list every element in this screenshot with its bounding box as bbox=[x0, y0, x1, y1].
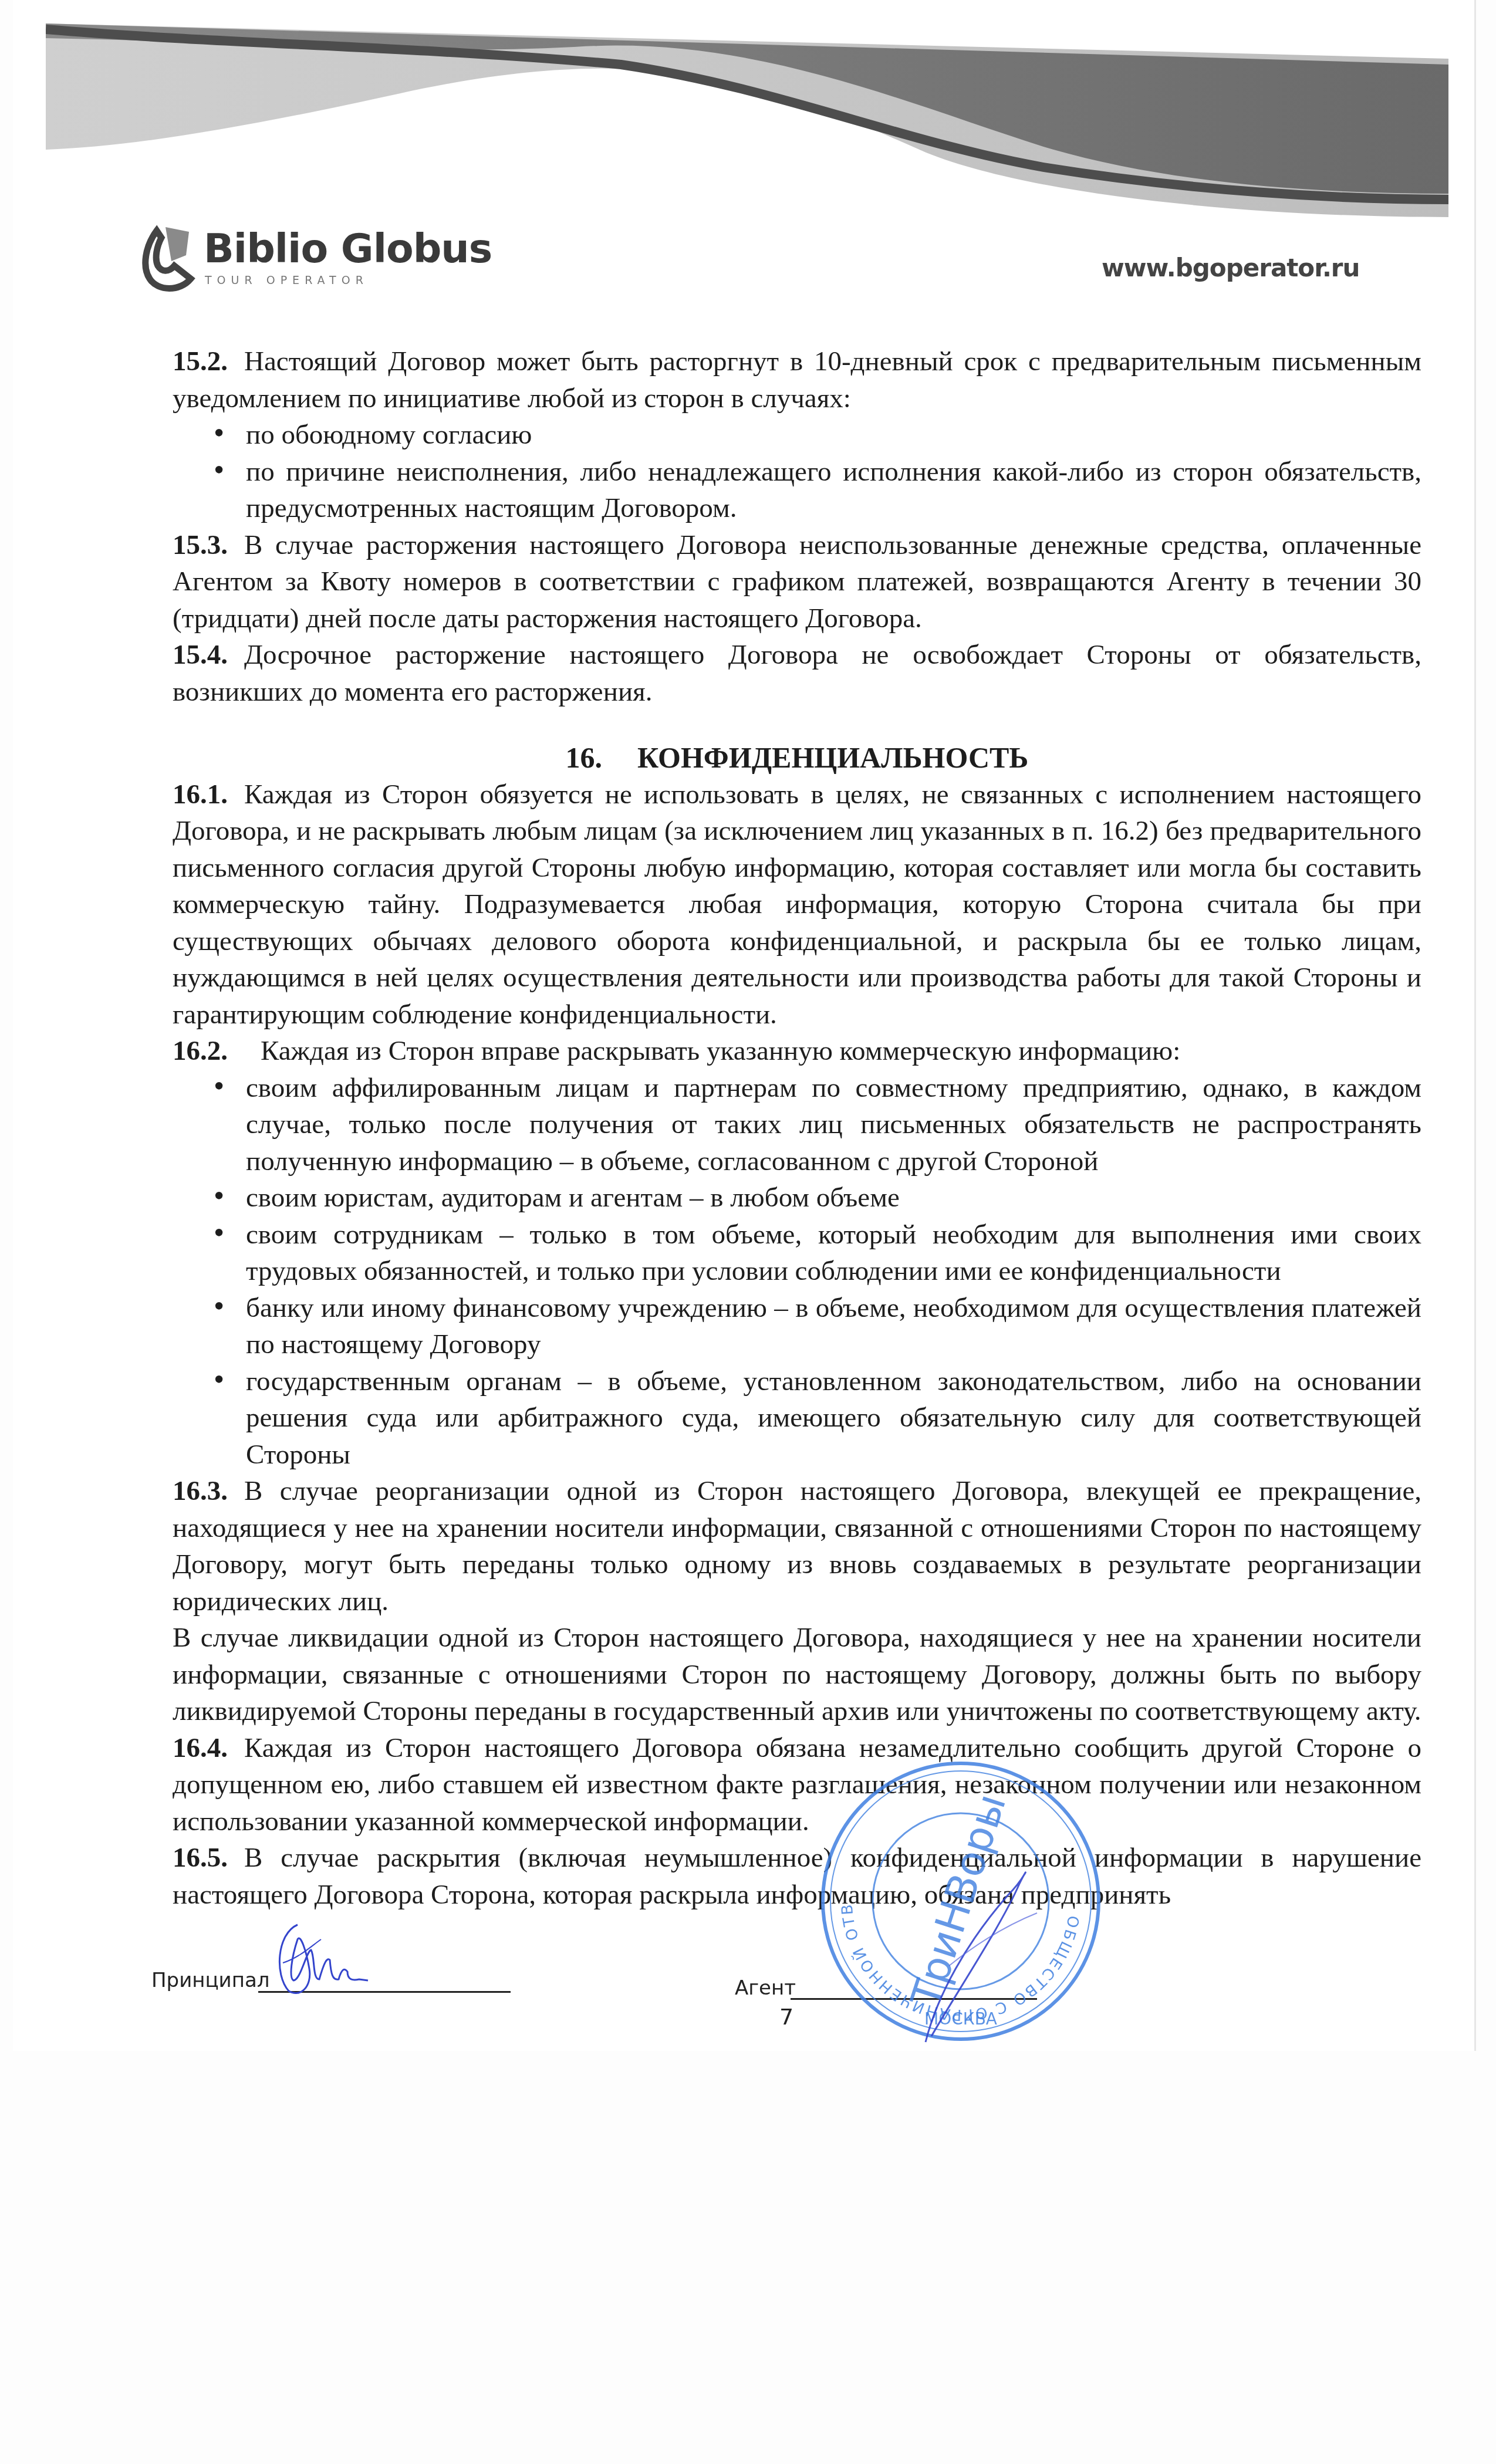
clause-number: 16.3. bbox=[173, 1473, 228, 1510]
clause-number: 15.3. bbox=[173, 527, 228, 564]
brand-name: Biblio Globus bbox=[204, 226, 492, 272]
clause-number: 15.4. bbox=[173, 637, 228, 674]
clause-text: Каждая из Сторон настоящего Договора обя… bbox=[173, 1733, 1421, 1837]
clause-number: 16.1. bbox=[173, 776, 228, 813]
clause-number: 15.2. bbox=[173, 343, 228, 380]
stamp-center-text: ТриНВоры bbox=[901, 1788, 1015, 2013]
clause-16-5: 16.5.В случае раскрытия (включая неумышл… bbox=[173, 1840, 1421, 1913]
section-number: 16. bbox=[566, 741, 603, 774]
list-item: своим аффилированным лицам и партнерам п… bbox=[173, 1070, 1421, 1180]
clause-text: Досрочное расторжение настоящего Договор… bbox=[173, 640, 1421, 707]
list-item: по причине неисполнения, либо ненадлежащ… bbox=[173, 454, 1421, 527]
clause-16-3-continued: В случае ликвидации одной из Сторон наст… bbox=[173, 1620, 1421, 1730]
page-number: 7 bbox=[779, 2004, 793, 2030]
biblio-globus-logo-icon bbox=[139, 220, 198, 296]
clause-15-2: 15.2.Настоящий Договор может быть растор… bbox=[173, 343, 1421, 417]
list-item: государственным органам – в объеме, уста… bbox=[173, 1363, 1421, 1473]
list-item: банку или иному финансовому учреждению –… bbox=[173, 1290, 1421, 1363]
clause-number: 16.5. bbox=[173, 1840, 228, 1877]
clause-15-2-list: по обоюдному согласию по причине неиспол… bbox=[173, 417, 1421, 527]
section-heading-16: 16.КОНФИДЕНЦИАЛЬНОСТЬ bbox=[173, 739, 1421, 776]
website-url[interactable]: www.bgoperator.ru bbox=[1102, 254, 1359, 282]
clause-text: Настоящий Договор может быть расторгнут … bbox=[173, 346, 1421, 414]
contract-body: 15.2.Настоящий Договор может быть растор… bbox=[173, 343, 1421, 1913]
list-item: своим сотрудникам – только в том объеме,… bbox=[173, 1216, 1421, 1290]
clause-16-1: 16.1.Каждая из Сторон обязуется не испол… bbox=[173, 776, 1421, 1033]
clause-number: 16.4. bbox=[173, 1730, 228, 1767]
list-item: своим юристам, аудиторам и агентам – в л… bbox=[173, 1179, 1421, 1216]
clause-number: 16.2. bbox=[173, 1033, 261, 1070]
clause-15-4: 15.4.Досрочное расторжение настоящего До… bbox=[173, 637, 1421, 710]
clause-16-2-list: своим аффилированным лицам и партнерам п… bbox=[173, 1070, 1421, 1473]
clause-15-3: 15.3.В случае расторжения настоящего Дог… bbox=[173, 527, 1421, 637]
scanned-page: Biblio Globus TOUR OPERATOR www.bgoperat… bbox=[13, 0, 1476, 2051]
section-title: КОНФИДЕНЦИАЛЬНОСТЬ bbox=[637, 741, 1028, 774]
list-item: по обоюдному согласию bbox=[173, 417, 1421, 454]
clause-16-3: 16.3.В случае реорганизации одной из Сто… bbox=[173, 1473, 1421, 1620]
clause-text: Каждая из Сторон вправе раскрывать указа… bbox=[261, 1036, 1180, 1066]
principal-label: Принципал bbox=[151, 1969, 270, 1992]
brand-tagline: TOUR OPERATOR bbox=[205, 274, 369, 287]
clause-text: В случае расторжения настоящего Договора… bbox=[173, 530, 1421, 634]
clause-16-4: 16.4.Каждая из Сторон настоящего Договор… bbox=[173, 1730, 1421, 1840]
brand-logo: Biblio Globus TOUR OPERATOR bbox=[139, 226, 468, 296]
header-wave-banner bbox=[46, 23, 1448, 217]
company-stamp-icon: ОБЩЕСТВО С ОГРАНИЧЕННОЙ ОТВЕТСТВЕННОСТЬЮ… bbox=[814, 1749, 1107, 2054]
principal-signature-icon bbox=[265, 1922, 377, 1998]
clause-16-2: 16.2.Каждая из Сторон вправе раскрывать … bbox=[173, 1033, 1421, 1070]
clause-text: В случае раскрытия (включая неумышленное… bbox=[173, 1843, 1421, 1910]
clause-text: В случае реорганизации одной из Сторон н… bbox=[173, 1476, 1421, 1617]
clause-text: Каждая из Сторон обязуется не использова… bbox=[173, 779, 1421, 1030]
agent-label: Агент bbox=[735, 1976, 796, 2000]
